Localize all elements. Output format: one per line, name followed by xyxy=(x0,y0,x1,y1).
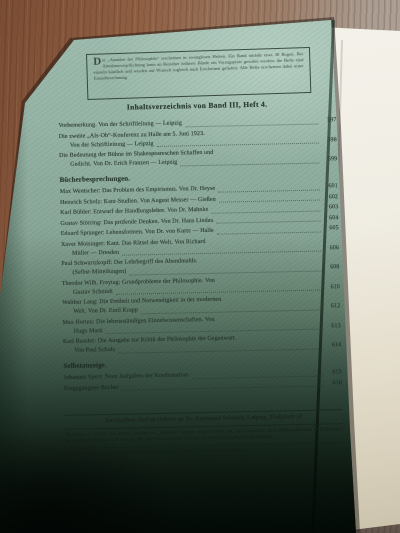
dot-leader xyxy=(217,221,321,224)
book-photo: Die „Annalen der Philosophie“ erscheinen… xyxy=(0,0,400,533)
dot-leader xyxy=(180,162,319,166)
notice-dropcap: D xyxy=(93,58,101,67)
page-number: 603 xyxy=(323,203,338,212)
dot-leader xyxy=(185,123,318,127)
page-number: 612 xyxy=(325,302,340,311)
dot-leader xyxy=(219,200,320,203)
page-number: 598 xyxy=(322,136,337,145)
toc-entry-title2: Von der Schriftleitung — Leipzig xyxy=(70,140,154,151)
page-number: 604 xyxy=(323,214,338,223)
dot-leader xyxy=(211,210,320,213)
toc-list: Vorbemerkung. Von der Schriftleitung — L… xyxy=(58,116,337,170)
review-title2: (Selbst-Mitteilungen) xyxy=(72,268,126,278)
publisher-notice-box: Die „Annalen der Philosophie“ erscheinen… xyxy=(86,47,311,100)
toc-entry: Die Bedeutung der Bühne im Shakespearesc… xyxy=(59,146,337,170)
review-entry: Karl Bussler: Die Ausgabe zur Kritik der… xyxy=(63,332,341,356)
page-number: 616 xyxy=(327,379,342,388)
dot-leader xyxy=(191,375,323,379)
review-title2: Welt. Von Dr. Emil Krapp xyxy=(73,306,138,316)
reviews-list: Max Wentscher: Das Problem des Empirismu… xyxy=(60,182,341,356)
page-number: 614 xyxy=(326,341,341,350)
selfnotice-title: Johannes Sperl: Neue Aufgaben der Konfir… xyxy=(64,371,189,383)
selfnotice-list: Johannes Sperl: Neue Aufgaben der Konfir… xyxy=(64,368,342,393)
page-number: 605 xyxy=(324,224,339,233)
page-number: 613 xyxy=(326,322,341,331)
page-number: 615 xyxy=(327,368,342,377)
review-title2: Müller — Dresden xyxy=(72,248,119,258)
dot-leader xyxy=(217,231,321,234)
review-title2: Von Paul Schulz xyxy=(74,346,115,356)
contents-area: Inhaltsverzeichnis von Band III, Heft 4.… xyxy=(58,98,344,480)
dot-leader xyxy=(122,385,324,390)
note-bold-word: Einbanddecken xyxy=(279,428,312,434)
page-number: 608 xyxy=(324,263,339,272)
review-title2: Gustav Schmidt xyxy=(73,287,113,297)
selfnotice-title: Eingegangene Bücher xyxy=(64,383,119,393)
page-number: 606 xyxy=(324,244,339,253)
review-title2: Hugo Marti xyxy=(74,327,103,337)
toc-entry-title: Vorbemerkung. Von der Schriftleitung — L… xyxy=(58,119,182,131)
dot-leader xyxy=(218,189,320,192)
page-number: 610 xyxy=(325,283,340,292)
toc-entry-title2: Gedicht. Von Dr. Erich Franzen — Leipzig xyxy=(70,159,177,170)
dot-leader xyxy=(118,348,323,353)
page-number: 597 xyxy=(321,116,336,125)
page-number: 602 xyxy=(323,193,338,202)
page-number: 599 xyxy=(322,155,337,164)
imprint-block: Zuschriften sind zu richten an Dr. Raymu… xyxy=(65,409,344,481)
notice-text: ie „Annalen der Philosophie“ erscheinen … xyxy=(93,51,303,80)
page-number: 601 xyxy=(323,182,338,191)
